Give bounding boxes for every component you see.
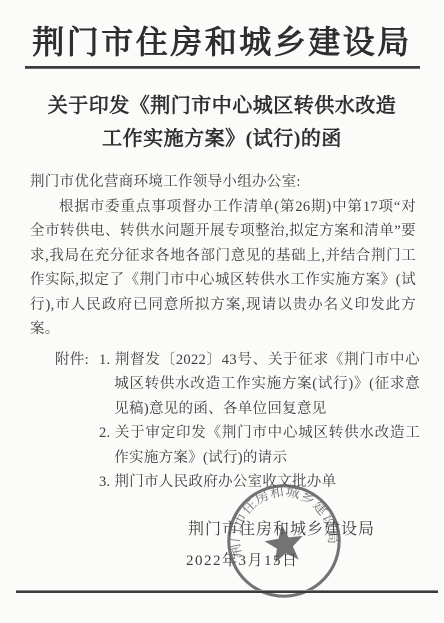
- attachments-label: 附件:: [55, 348, 99, 495]
- document-title-line1: 关于印发《荆门市中心城区转供水改造: [0, 90, 444, 123]
- star-icon: [263, 522, 306, 564]
- issuing-org-header: 荆门市住房和城乡建设局: [0, 22, 444, 62]
- attachment-item: 1. 荆督发〔2022〕43号、关于征求《荆门市中心城区转供水改造工作实施方案(…: [99, 348, 420, 422]
- body-paragraph: 根据市委重点事项督办工作清单(第26期)中第17项“对全市转供电、转供水问题开展…: [30, 195, 416, 342]
- document-title: 关于印发《荆门市中心城区转供水改造 工作实施方案》(试行)的函: [0, 90, 444, 156]
- document-page: 荆门市住房和城乡建设局 关于印发《荆门市中心城区转供水改造 工作实施方案》(试行…: [0, 0, 444, 623]
- attachment-item: 2. 关于审定印发《荆门市中心城区转供水改造工作实施方案》(试行)的请示: [99, 421, 420, 470]
- header-divider: [25, 66, 420, 69]
- seal-ring: [222, 479, 347, 604]
- footer-divider: [16, 590, 438, 593]
- addressee-line: 荆门市优化营商环境工作领导小组办公室:: [30, 170, 416, 195]
- signature-org: 荆门市住房和城乡建设局: [188, 516, 375, 539]
- attachments-section: 附件: 1. 荆督发〔2022〕43号、关于征求《荆门市中心城区转供水改造工作实…: [55, 348, 420, 495]
- document-title-line2: 工作实施方案》(试行)的函: [0, 123, 444, 156]
- attachments-list: 1. 荆督发〔2022〕43号、关于征求《荆门市中心城区转供水改造工作实施方案(…: [99, 348, 420, 495]
- attachment-item: 3. 荆门市人民政府办公室收文批办单: [99, 470, 420, 495]
- signature-date: 2022年3月15日: [186, 549, 299, 570]
- letter-body: 荆门市优化营商环境工作领导小组办公室: 根据市委重点事项督办工作清单(第26期)…: [30, 170, 416, 342]
